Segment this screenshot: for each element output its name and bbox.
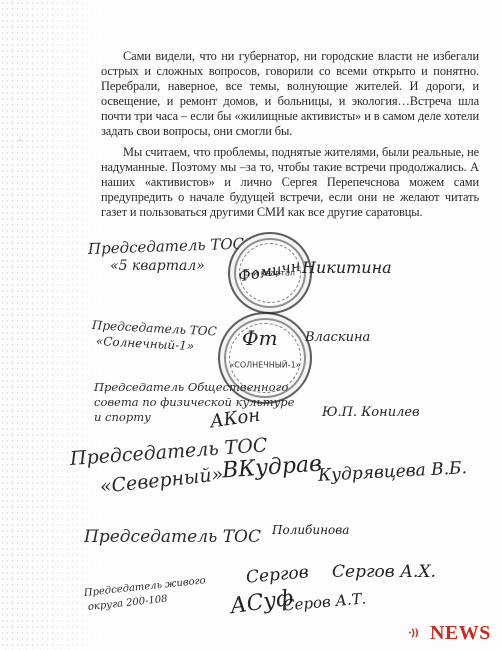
signer-title-line: «5 квартал» xyxy=(110,258,205,274)
signer-name: Никитина xyxy=(302,258,392,277)
signer-name: Ю.П. Конилев xyxy=(322,405,420,420)
signer-name: Власкина xyxy=(305,330,370,345)
signer-title-line: и спорту xyxy=(94,410,151,424)
paragraph-2: Мы считаем, что проблемы, поднятые жител… xyxy=(101,145,479,220)
signer-name: Кудрявцева В.Б. xyxy=(318,458,468,486)
signer-title-line: «Северный» xyxy=(99,463,224,498)
signer-title-line: Председатель ТОС xyxy=(84,527,261,547)
sound-waves-icon: ·)) xyxy=(408,628,418,639)
signer-title-line: «Солнечный-1» xyxy=(96,334,195,353)
signer-name: Полибинова xyxy=(272,523,349,537)
signer-title-line: совета по физической культуре xyxy=(94,395,294,409)
signature-scribble: Сергов xyxy=(245,562,309,587)
signer-title-line: Председатель Общественного xyxy=(94,380,288,394)
signature-scribble: Фт xyxy=(242,326,278,350)
watermark-label: NEWS xyxy=(430,622,491,645)
paragraph-1: Сами видели, что ни губернатор, ни город… xyxy=(101,49,479,139)
news-watermark-logo: ·)) NEWS xyxy=(408,620,491,646)
signer-name: Сергов А.Х. xyxy=(332,562,436,582)
stamp-text: «СОЛНЕЧНЫЙ-1» xyxy=(229,361,300,370)
scanned-document-page: Сами видели, что ни губернатор, ни город… xyxy=(0,0,502,650)
signer-title-line: Председатель ТОС xyxy=(88,235,245,258)
signer-name: Серов А.Т. xyxy=(282,589,367,614)
